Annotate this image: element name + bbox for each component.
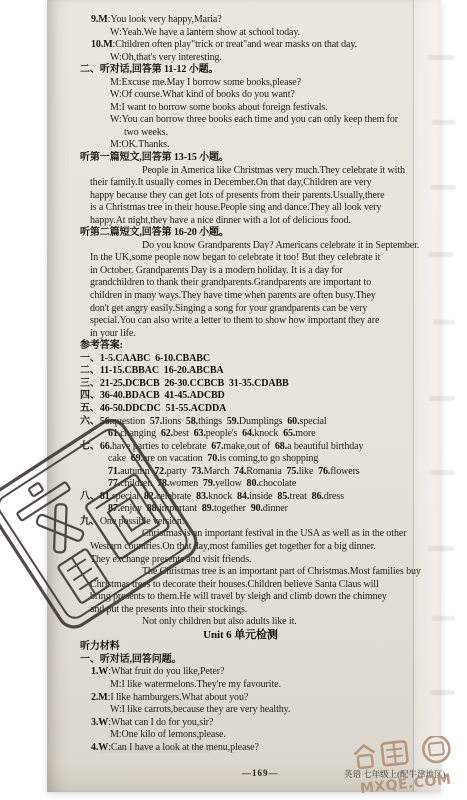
- line-text: inside: [249, 491, 277, 502]
- line-number: 77.: [108, 478, 120, 489]
- page-text: 9.M:You look very happy,Maria?W:Yeah.We …: [47, 0, 441, 754]
- text-line: 9.M:You look very happy,Maria?: [91, 14, 441, 27]
- line-number: 78.: [157, 478, 169, 489]
- page-footer: —169— 英语 七年级上(配牛津地区): [94, 768, 467, 784]
- text-line: 71.autumn 72.party 73.March 74.Romania 7…: [108, 466, 441, 479]
- text-line: Not only children but also adults like i…: [142, 616, 441, 629]
- line-number: 11-15.CBBAC 16-20.ABCBA: [100, 365, 224, 376]
- line-text: changing: [120, 428, 161, 439]
- line-text: :Children often play"trick or treat"and …: [113, 39, 357, 50]
- line-text: cake: [108, 453, 131, 464]
- line-text: children in many ways.They have time whe…: [90, 290, 376, 301]
- line-text: chocolate: [259, 478, 296, 489]
- line-text: In the UK,some people now began to celeb…: [90, 252, 380, 263]
- line-number: 90.: [251, 503, 263, 514]
- text-line: 2.M:I like hamburgers.What about you?: [91, 692, 441, 705]
- line-number: 85.: [277, 491, 289, 502]
- line-number: 1-5.CAABC 6-10.CBABC: [100, 353, 210, 364]
- line-number: 88.: [147, 503, 159, 514]
- line-text: yellow: [215, 478, 246, 489]
- text-line: People in America like Christmas very mu…: [142, 165, 441, 178]
- text-line: 七、66.have parties to celebrate 67.make,o…: [80, 441, 441, 454]
- text-line: W:You can borrow three books each time a…: [110, 114, 441, 127]
- text-line: 二、听对话,回答第 11-12 小题。: [80, 64, 441, 77]
- text-line: 听第二篇短文,回答第 16-20 小题。: [80, 227, 441, 240]
- line-text: W:You can borrow three books each time a…: [110, 114, 398, 125]
- text-line: 五、46-50.DDCDC 51-55.ACDDA: [80, 403, 441, 416]
- line-number: 八、: [80, 491, 100, 502]
- line-number: 二、: [80, 64, 100, 75]
- line-number: 64.: [242, 428, 254, 439]
- line-text: have parties to celebrate: [112, 441, 211, 452]
- line-text: flowers: [330, 466, 359, 477]
- text-line: bring presents to them.He will travel by…: [90, 591, 441, 604]
- line-number: 74.: [234, 466, 246, 477]
- bleed-through-smudge: [430, 690, 455, 695]
- line-number: 四、: [80, 390, 100, 401]
- text-line: happy.At night,they have a nice dinner w…: [90, 215, 441, 228]
- line-text: people's: [206, 428, 242, 439]
- text-line: 二、11-15.CBBAC 16-20.ABCBA: [80, 365, 441, 378]
- line-number: 80.: [247, 478, 259, 489]
- line-text: W:Oh,that's very interesting.: [110, 52, 222, 63]
- line-number: 63.: [194, 428, 206, 439]
- line-number: 62.: [161, 428, 173, 439]
- line-number: 71.: [108, 466, 120, 477]
- line-text: Romania: [246, 466, 286, 477]
- line-text: happy.At night,they have a nice dinner w…: [90, 215, 351, 226]
- line-number: 10.M: [91, 39, 113, 50]
- line-text: are on vacation: [143, 453, 207, 464]
- text-line: 87.enjoy 88.important 89.together 90.din…: [108, 503, 441, 516]
- line-number: 79.: [203, 478, 215, 489]
- text-line: W:Yeah.We have a lantern show at school …: [110, 27, 441, 40]
- line-text: make,out of: [223, 441, 274, 452]
- line-text: People in America like Christmas very mu…: [142, 165, 405, 176]
- line-text: special.You can also write a letter to t…: [90, 315, 379, 326]
- bleed-through-smudge: [432, 616, 455, 621]
- line-text: bring presents to them.He will travel by…: [90, 591, 387, 602]
- bleed-through-smudge: [100, 747, 210, 753]
- line-number: 二、: [80, 365, 100, 376]
- line-text: :You look very happy,Maria?: [108, 14, 222, 25]
- line-text: like: [299, 466, 318, 477]
- page-number: —169—: [242, 768, 279, 778]
- line-number: 57.: [150, 416, 162, 427]
- line-text: grandchildren to thank their grandparent…: [90, 277, 371, 288]
- line-number: 73.: [191, 466, 203, 477]
- line-text: knock: [208, 491, 237, 502]
- line-number: 76.: [318, 466, 330, 477]
- line-number: 56.: [100, 416, 112, 427]
- line-number: 3.W: [91, 717, 108, 728]
- line-text: :I like hamburgers.What about you?: [108, 692, 249, 703]
- line-number: 72.: [154, 466, 166, 477]
- line-number: 9.M: [91, 14, 108, 25]
- text-line: 3.W:What can I do for you,sir?: [91, 717, 441, 730]
- text-line: special.You can also write a letter to t…: [90, 315, 441, 328]
- text-line: 三、21-25.DCBCB 26-30.CCBCB 31-35.CDABB: [80, 378, 441, 391]
- text-line: cake 69.are on vacation 70.is coming,to …: [108, 453, 441, 466]
- bleed-through-smudge: [431, 470, 455, 475]
- line-text: together: [214, 503, 251, 514]
- line-number: 59.: [227, 416, 239, 427]
- line-number: 听第二篇短文,回答第 16-20 小题。: [80, 227, 229, 238]
- line-number: 五、: [80, 403, 100, 414]
- text-line: 四、36-40.BDACB 41-45.ADCBD: [80, 390, 441, 403]
- text-line: children in many ways.They have time whe…: [90, 290, 441, 303]
- line-text: :What fruit do you like,Peter?: [108, 666, 224, 677]
- text-line: The Christmas tree is an important part …: [142, 566, 441, 579]
- line-text: don't get angry easily.Singing a song fo…: [90, 303, 367, 314]
- line-number: 1.W: [91, 666, 108, 677]
- line-text: Christmas trees to decorate their houses…: [90, 579, 379, 590]
- line-text: March: [204, 466, 234, 477]
- line-number: 83.: [196, 491, 208, 502]
- line-text: lions: [162, 416, 186, 427]
- line-text: :What can I do for you,sir?: [108, 717, 213, 728]
- text-line: Unit 6 单元检测: [80, 629, 401, 642]
- line-text: in your life.: [90, 328, 136, 339]
- line-text: happy because they can get lots of prese…: [90, 190, 384, 201]
- line-text: The Christmas tree is an important part …: [142, 566, 421, 577]
- line-number: 60.: [287, 416, 299, 427]
- line-number: 36-40.BDACB 41-45.ADCBD: [100, 390, 225, 401]
- text-line: grandchildren to thank their grandparent…: [90, 277, 441, 290]
- line-text: children: [120, 478, 157, 489]
- line-text: question: [112, 416, 150, 427]
- line-text: M:I like watermelons.They're my favourit…: [110, 679, 281, 690]
- line-number: 听力材料: [80, 641, 120, 652]
- line-text: knock: [254, 428, 283, 439]
- text-line: M:I want to borrow some books about fore…: [110, 102, 441, 115]
- text-line: M:OK.Thanks.: [110, 139, 441, 152]
- line-number: 66.: [100, 441, 112, 452]
- line-number: 一、: [80, 654, 100, 665]
- line-text: enjoy: [120, 503, 147, 514]
- text-line: 九、One possible version:: [80, 516, 441, 529]
- text-line: M:One kilo of lemons,please.: [110, 729, 441, 742]
- line-number: 听第一篇短文,回答第 13-15 小题。: [80, 152, 229, 163]
- text-line: 参考答案:: [80, 340, 441, 353]
- line-text: autumn: [120, 466, 154, 477]
- text-line: W:Of course.What kind of books do you wa…: [110, 89, 441, 102]
- edition-label: 英语 七年级上(配牛津地区): [344, 768, 445, 780]
- line-number: 参考答案:: [80, 340, 123, 351]
- line-text: and put the presents into their stocking…: [90, 604, 247, 615]
- line-text: in October. Grandparents Day is a modern…: [90, 265, 343, 276]
- line-number: 61.: [108, 428, 120, 439]
- line-number: 84.: [237, 491, 249, 502]
- line-text: Do you know Grandparents Day? Americans …: [142, 240, 419, 251]
- line-number: 46-50.DDCDC 51-55.ACDDA: [100, 403, 226, 414]
- line-text: their family.It usually comes in Decembe…: [90, 177, 372, 188]
- scanned-page: 9.M:You look very happy,Maria?W:Yeah.We …: [47, 0, 441, 792]
- line-text: is coming,to go shopping: [220, 453, 319, 464]
- line-number: 听对话,回答问题。: [100, 654, 182, 665]
- bleed-through-smudge: [428, 546, 454, 551]
- line-text: Dumplings: [239, 416, 287, 427]
- line-text: Christmas is an important festival in th…: [142, 528, 406, 539]
- text-line: Christmas is an important festival in th…: [142, 528, 441, 541]
- bleed-through-smudge: [429, 396, 455, 401]
- line-number: 2.M: [91, 692, 108, 703]
- text-line: 61.changing 62.best 63.people's 64.knock…: [108, 428, 441, 441]
- bleed-through-smudge: [430, 185, 456, 190]
- line-text: treat: [290, 491, 312, 502]
- line-text: M:Excuse me.May I borrow some books,plea…: [110, 77, 301, 88]
- line-text: M:One kilo of lemons,please.: [110, 729, 226, 740]
- text-line: Christmas trees to decorate their houses…: [90, 579, 441, 592]
- line-text: special: [299, 416, 326, 427]
- line-text: W:Yeah.We have a lantern show at school …: [110, 27, 300, 38]
- line-number: 听对话,回答第 11-12 小题。: [100, 64, 219, 75]
- text-line: and put the presents into their stocking…: [90, 604, 441, 617]
- line-text: things: [198, 416, 227, 427]
- line-text: They exchange presents and visit friends…: [90, 554, 251, 565]
- line-text: celebrate: [156, 491, 196, 502]
- text-line: 听第一篇短文,回答第 13-15 小题。: [80, 152, 441, 165]
- text-line: Do you know Grandparents Day? Americans …: [142, 240, 441, 253]
- line-text: best: [173, 428, 194, 439]
- text-line: They exchange presents and visit friends…: [90, 554, 441, 567]
- line-number: 89.: [202, 503, 214, 514]
- line-number: 58.: [186, 416, 198, 427]
- text-line: M:I like watermelons.They're my favourit…: [110, 679, 441, 692]
- text-line: 10.M:Children often play"trick or treat"…: [91, 39, 441, 52]
- text-line: 77.children 78.women 79.yellow 80.chocol…: [108, 478, 441, 491]
- text-line: Western countries.On that day,most famil…: [90, 541, 441, 554]
- line-text: important: [159, 503, 202, 514]
- line-number: 七、: [80, 441, 100, 452]
- bleed-through-smudge: [428, 55, 454, 60]
- text-line: two weeks.: [124, 127, 441, 140]
- line-number: 69.: [131, 453, 143, 464]
- line-number: 65.: [283, 428, 295, 439]
- line-text: Western countries.On that day,most famil…: [90, 541, 376, 552]
- text-line: 听力材料: [80, 641, 441, 654]
- text-line: don't get angry easily.Singing a song fo…: [90, 303, 441, 316]
- line-text: party: [167, 466, 192, 477]
- line-text: dress: [324, 491, 344, 502]
- text-line: In the UK,some people now began to celeb…: [90, 252, 441, 265]
- text-line: their family.It usually comes in Decembe…: [90, 177, 441, 190]
- line-text: W:Of course.What kind of books do you wa…: [110, 89, 295, 100]
- text-line: M:Excuse me.May I borrow some books,plea…: [110, 77, 441, 90]
- bleed-through-smudge: [433, 320, 455, 325]
- line-text: two weeks.: [124, 127, 168, 138]
- text-line: is a Christmas tree in their house.Peopl…: [90, 202, 441, 215]
- line-text: a beautiful birthday: [287, 441, 363, 452]
- line-number: 70.: [207, 453, 219, 464]
- line-text: M:OK.Thanks.: [110, 139, 169, 150]
- text-line: 六、56.question 57.lions 58.things 59.Dump…: [80, 416, 441, 429]
- line-number: Unit 6 单元检测: [203, 629, 278, 641]
- line-number: 87.: [108, 503, 120, 514]
- line-number: 81.: [100, 491, 112, 502]
- text-line: W:Oh,that's very interesting.: [110, 52, 441, 65]
- line-number: 21-25.DCBCB 26-30.CCBCB 31-35.CDABB: [100, 378, 289, 389]
- line-text: special: [112, 491, 144, 502]
- text-line: 1.W:What fruit do you like,Peter?: [91, 666, 441, 679]
- line-number: 九、: [80, 516, 100, 527]
- line-text: W:I like carrots,because they are very h…: [110, 704, 290, 715]
- text-line: happy because they can get lots of prese…: [90, 190, 441, 203]
- line-number: 六、: [80, 416, 100, 427]
- text-line: in your life.: [90, 328, 441, 341]
- line-number: 一、: [80, 353, 100, 364]
- line-number: 67.: [211, 441, 223, 452]
- line-text: Not only children but also adults like i…: [142, 616, 297, 627]
- line-number: 75.: [287, 466, 299, 477]
- line-number: 三、: [80, 378, 100, 389]
- line-number: 86.: [312, 491, 324, 502]
- line-text: dinner: [263, 503, 288, 514]
- line-text: is a Christmas tree in their house.Peopl…: [90, 202, 381, 213]
- line-number: 82.: [144, 491, 156, 502]
- text-line: 八、81.special 82.celebrate 83.knock 84.in…: [80, 491, 441, 504]
- text-line: 一、听对话,回答问题。: [80, 654, 441, 667]
- bleed-through-smudge: [428, 252, 453, 257]
- line-text: One possible version:: [100, 516, 185, 527]
- line-number: 68.: [275, 441, 287, 452]
- line-text: M:I want to borrow some books about fore…: [110, 102, 328, 113]
- bleed-through-smudge: [432, 120, 456, 125]
- text-line: 一、1-5.CAABC 6-10.CBABC: [80, 353, 441, 366]
- line-text: more: [295, 428, 315, 439]
- text-line: W:I like carrots,because they are very h…: [110, 704, 441, 717]
- text-line: in October. Grandparents Day is a modern…: [90, 265, 441, 278]
- line-text: women: [169, 478, 203, 489]
